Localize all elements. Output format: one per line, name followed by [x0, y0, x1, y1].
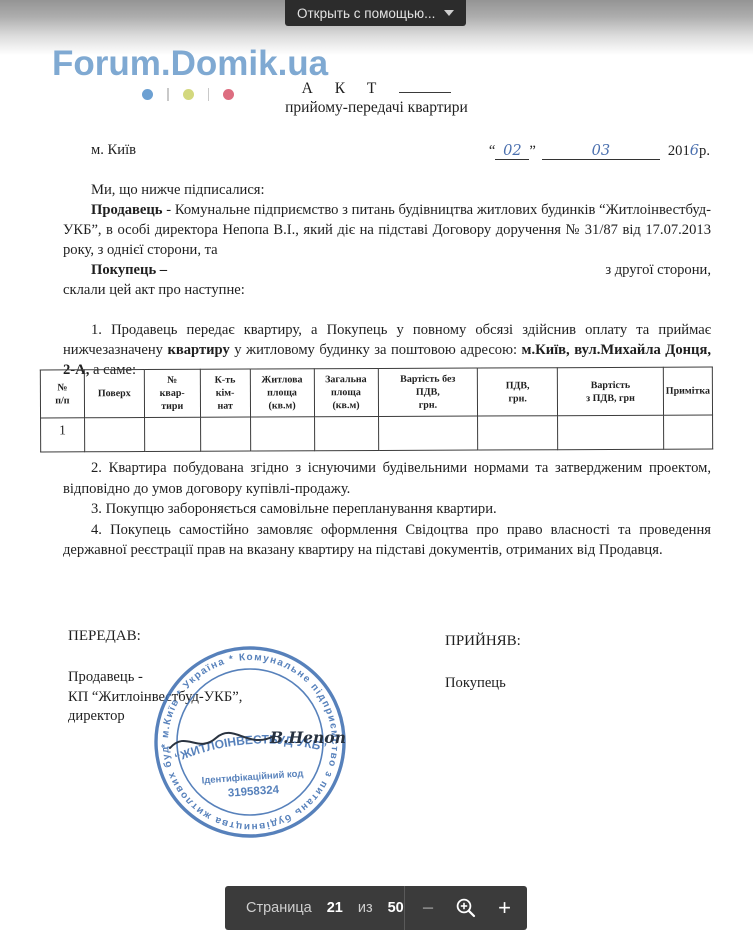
paragraph-4: 4. Покупець самостійно замовляє оформлен…: [63, 520, 711, 561]
table-row: 1: [41, 415, 713, 452]
cell-total-area: [314, 416, 378, 450]
page-number-input[interactable]: 21: [327, 900, 343, 916]
col-header-num: № п/п: [40, 370, 84, 418]
zoom-out-button[interactable]: −: [422, 898, 434, 919]
director-signature-name: В.Непоп: [270, 728, 346, 747]
paragraph-3: 3. Покупцю забороняється самовільне пере…: [63, 499, 711, 520]
buyer-row: Покупець – з другої сторони,: [63, 260, 711, 280]
zoom-reset-button[interactable]: [455, 897, 477, 919]
buyer-suffix: з другої сторони,: [605, 260, 711, 280]
chevron-down-icon: [444, 10, 454, 16]
date-fields: “ 02 ” 03 201 6 р.: [489, 142, 710, 160]
document-page: А К Т прийому-передачі квартири м. Київ …: [0, 80, 753, 880]
cell-rooms: [200, 417, 250, 451]
doc-subtitle: прийому-передачі квартири: [0, 99, 753, 117]
p1-bold-kvartyru: квартиру: [167, 342, 229, 358]
title-blank-line: [399, 92, 451, 93]
col-header-total-area: Загальна площа (кв.м): [314, 368, 378, 416]
stamp-id-label: Ідентифікаційний код: [201, 768, 303, 786]
col-header-living-area: Житлова площа (кв.м): [250, 369, 314, 417]
page-total: 50: [388, 900, 404, 916]
handed-over-label: ПЕРЕДАВ:: [68, 628, 141, 645]
page-label: Страница: [246, 900, 312, 916]
of-label: из: [358, 900, 373, 916]
col-header-vat: ПДВ, грн.: [478, 368, 558, 416]
day-handwritten: 02: [495, 142, 529, 160]
year-printed: 201: [668, 143, 690, 160]
handwritten-signature-stroke: [168, 728, 278, 758]
buyer-label: Покупець –: [63, 260, 167, 280]
seller-paragraph: Продавець - Комунальне підприємство з пи…: [63, 200, 711, 260]
cell-vat: [478, 416, 558, 450]
doc-body: Ми, що нижче підписалися: Продавець - Ко…: [63, 180, 711, 380]
apartment-table: № п/п Поверх № квар- тири К-ть кім- нат …: [40, 368, 713, 451]
col-header-apt-num: № квар- тири: [144, 369, 200, 417]
stamp-id-code: 31958324: [228, 784, 280, 800]
month-handwritten: 03: [542, 142, 660, 160]
page-indicator: Страница 21 из 50: [225, 900, 404, 916]
col-header-price-no-vat: Вартість без ПДВ, грн.: [378, 368, 478, 416]
zoom-controls: − +: [405, 897, 527, 919]
col-header-floor: Поверх: [84, 370, 144, 418]
magnifier-plus-icon: [455, 897, 477, 919]
cell-price-with-vat: [558, 415, 664, 449]
open-with-button[interactable]: Открыть с помощью...: [285, 0, 466, 26]
city-label: м. Київ: [91, 142, 136, 160]
col-header-rooms: К-ть кім- нат: [200, 369, 250, 417]
pager-toolbar: Страница 21 из 50 − +: [225, 886, 527, 930]
open-with-label: Открыть с помощью...: [297, 6, 435, 21]
seller-label: Продавець: [91, 202, 163, 218]
p1-text-b: у житловому будинку за поштовою адресою:: [230, 342, 522, 358]
cell-floor: [84, 418, 144, 452]
doc-title: А К Т: [0, 80, 753, 98]
table-header-row: № п/п Поверх № квар- тири К-ть кім- нат …: [40, 367, 712, 418]
col-header-price-with-vat: Вартість з ПДВ, грн: [557, 367, 663, 415]
doc-body-lower: 2. Квартира побудована згідно з існуючим…: [63, 458, 711, 561]
col-header-note: Примітка: [663, 367, 712, 415]
year-handwritten: 6: [690, 142, 699, 159]
zoom-in-button[interactable]: +: [498, 897, 511, 919]
cell-price-no-vat: [378, 416, 478, 450]
intro-line: Ми, що нижче підписалися:: [63, 180, 711, 200]
received-label: ПРИЙНЯВ:: [445, 633, 521, 650]
cell-living-area: [250, 417, 314, 451]
buyer-line2: склали цей акт про наступне:: [63, 280, 711, 300]
forum-domik-logo: Forum.Domik.ua: [52, 44, 328, 84]
cell-note: [663, 415, 712, 449]
year-suffix: р.: [699, 143, 710, 160]
city-date-row: м. Київ “ 02 ” 03 201 6 р.: [63, 142, 710, 160]
doc-title-text: А К Т: [302, 80, 386, 97]
paragraph-2: 2. Квартира побудована згідно з існуючим…: [63, 458, 711, 499]
buyer-signature-line: Покупець: [445, 675, 506, 692]
quote-close: ”: [529, 143, 535, 160]
cell-apt-num: [144, 417, 200, 451]
cell-num: 1: [41, 418, 85, 452]
